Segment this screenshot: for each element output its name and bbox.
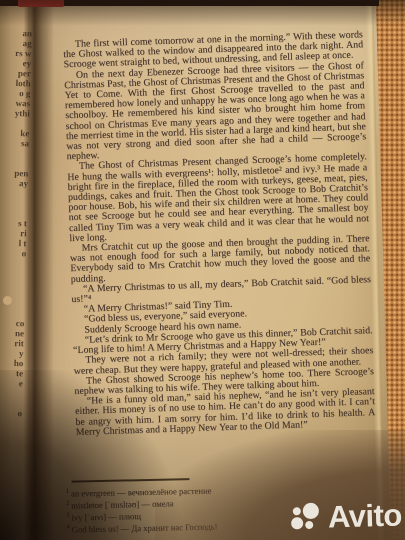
footnotes: 1an evergreen — вечнозелёное растение 2m… [65,475,326,535]
paragraph: “He is a funny old man,” said his nephew… [75,387,376,438]
left-page-text-fragment [0,308,25,319]
spine-shadow [24,0,54,540]
footnote-rule [71,478,189,482]
left-page-text-fragment [0,258,26,269]
avito-wordmark: Avito [328,500,403,533]
left-page-text-fragment: o [0,248,26,259]
page-edge-dot [3,296,12,305]
page-text: The first will come tomorrow at one in t… [63,30,376,438]
avito-logo-icon [291,502,324,533]
avito-watermark: Avito [291,500,403,534]
left-page-text-fragment [0,278,26,289]
footnote-marker: 4 [66,524,69,531]
left-page-text-fragment: o [0,408,22,419]
paragraph: The Ghost of Christmas Present changed S… [67,153,370,245]
red-book-cover-edge [18,0,64,7]
paragraph: On the next day Ebenezer Scrooge had thr… [64,61,367,163]
book-page: The first will come tomorrow at one in t… [30,4,405,540]
footnote-marker: 3 [66,512,69,519]
left-page-text-fragment: te [0,368,23,379]
left-page-text-fragment [0,398,22,409]
left-page-text-fragment: l t [0,238,27,249]
footnote-text: mistletoe [ˈmɪsltəʊ] — омела [71,498,174,510]
left-page-text-fragment: ne [0,328,24,339]
left-page-text-fragment [0,268,26,279]
left-page-text-fragment: rit [0,338,24,349]
footnote-list: 1an evergreen — вечнозелёное растение 2m… [66,481,327,535]
footnote-text: God bless us! — Да хранит нас Господь! [72,521,218,534]
left-page-text-fragment: y [0,348,24,359]
left-page-text-fragment: e [0,378,23,389]
left-page-text-fragment [0,388,23,399]
footnote-marker: 1 [66,487,69,494]
footnote-marker: 2 [66,499,69,506]
left-page-text-fragment: ri [0,228,27,239]
left-page-text-fragment: co [0,318,25,329]
book-page-photo: The first will come tomorrow at one in t… [0,0,405,540]
left-page-text-fragment: ho [0,358,23,369]
